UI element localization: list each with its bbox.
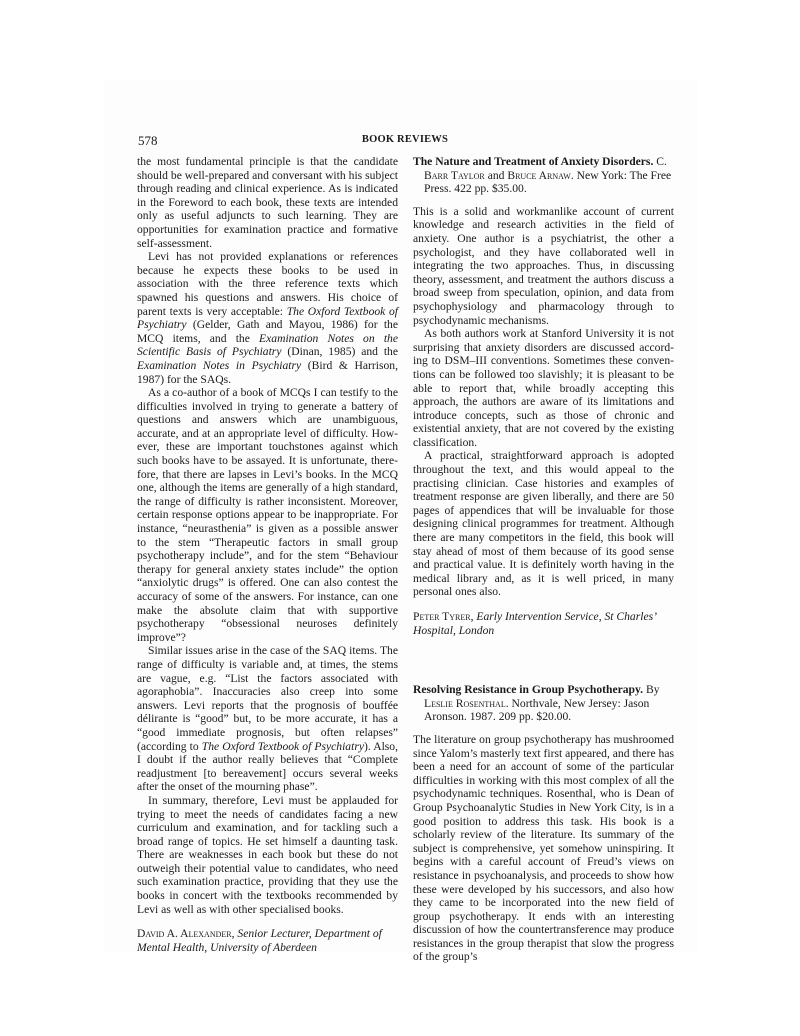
paragraph: A practical, straightforward approach is… (413, 449, 674, 599)
book-title: The Nature and Treatment of Anxiety Diso… (413, 155, 653, 168)
paragraph: This is a solid and workmanlike account … (413, 205, 674, 327)
paragraph: The literature on group psychotherapy ha… (413, 733, 674, 964)
paragraph: As both authors work at Stanford Univers… (413, 327, 674, 449)
reviewer-signature: Peter Tyrer, Early Intervention Service,… (413, 610, 674, 637)
running-header: 578 BOOK REVIEWS (137, 133, 673, 149)
left-column: the most fundamental principle is that t… (137, 155, 398, 954)
paragraph: Similar issues arise in the case of the … (137, 644, 398, 794)
book-title: Resolving Resistance in Group Psychother… (413, 683, 643, 696)
running-title: BOOK REVIEWS (137, 134, 673, 145)
review-heading: Resolving Resistance in Group Psychother… (413, 683, 674, 724)
book-author: Bruce Arnaw (507, 169, 571, 182)
book-title: The Oxford Textbook of Psychiatry (202, 740, 364, 753)
review-heading: The Nature and Treatment of Anxiety Diso… (413, 155, 674, 196)
book-author: Leslie Rosenthal (424, 697, 506, 710)
reviewer-signature: David A. Alexander, Senior Lecturer, Dep… (137, 927, 398, 954)
book-author: Barr Taylor (424, 169, 485, 182)
reviewer-name: David A. Alexander (137, 927, 232, 940)
paragraph: the most fundamental principle is that t… (137, 155, 398, 250)
paragraph: In summary, therefore, Levi must be appl… (137, 794, 398, 916)
reviewer-name: Peter Tyrer (413, 610, 471, 623)
paragraph: Levi has not provided explanations or re… (137, 250, 398, 386)
right-column: The Nature and Treatment of Anxiety Diso… (413, 155, 674, 964)
book-title: Examination Notes in Psychiatry (137, 359, 301, 372)
paragraph: As a co-author of a book of MCQs I can t… (137, 386, 398, 644)
